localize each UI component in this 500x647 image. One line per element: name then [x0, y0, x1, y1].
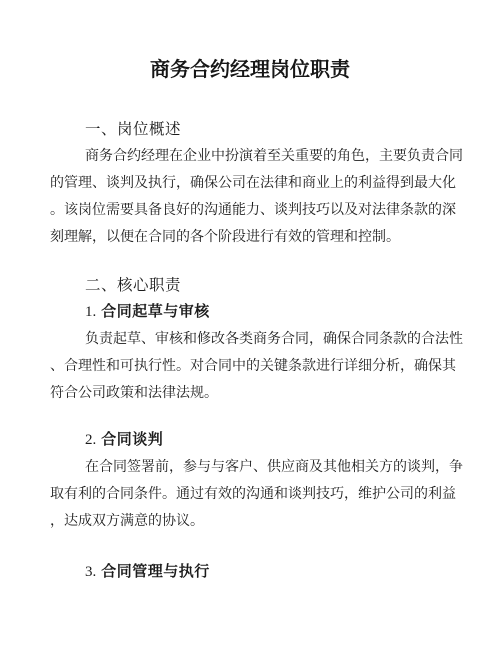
heading-title: 合同谈判: [101, 432, 163, 448]
numbered-heading-1: 1.合同起草与审核: [50, 299, 456, 326]
paragraph-line: 刻理解，以便在合同的各个阶段进行有效的管理和控制。: [50, 224, 456, 251]
paragraph-line: 符合公司政策和法律法规。: [50, 380, 456, 407]
heading-title: 合同起草与审核: [101, 304, 210, 320]
numbered-heading-3: 3.合同管理与执行: [50, 559, 456, 586]
section-heading-core: 二、核心职责: [50, 272, 456, 299]
paragraph-line: ，达成双方满意的协议。: [50, 508, 456, 535]
paragraph-line: 。该岗位需要具备良好的沟通能力、谈判技巧以及对法律条款的深: [50, 197, 456, 224]
paragraph-line: 商务合约经理在企业中扮演着至关重要的角色，主要负责合同: [50, 143, 456, 170]
document-body: 一、岗位概述 商务合约经理在企业中扮演着至关重要的角色，主要负责合同 的管理、谈…: [50, 116, 456, 586]
section-heading-overview: 一、岗位概述: [50, 116, 456, 143]
document-page: 商务合约经理岗位职责 一、岗位概述 商务合约经理在企业中扮演着至关重要的角色，主…: [0, 0, 500, 647]
paragraph-line: 负责起草、审核和修改各类商务合同，确保合同条款的合法性: [50, 326, 456, 353]
paragraph-line: 在合同签署前，参与与客户、供应商及其他相关方的谈判，争: [50, 454, 456, 481]
paragraph-line: 取有利的合同条件。通过有效的沟通和谈判技巧，维护公司的利益: [50, 481, 456, 508]
heading-number: 3.: [85, 564, 96, 580]
paragraph-line: 的管理、谈判及执行，确保公司在法律和商业上的利益得到最大化: [50, 170, 456, 197]
heading-number: 1.: [85, 304, 96, 320]
heading-title: 合同管理与执行: [101, 564, 210, 580]
heading-number: 2.: [85, 432, 96, 448]
numbered-heading-2: 2.合同谈判: [50, 427, 456, 454]
paragraph-line: 、合理性和可执行性。对合同中的关键条款进行详细分析，确保其: [50, 353, 456, 380]
page-title: 商务合约经理岗位职责: [0, 56, 500, 84]
